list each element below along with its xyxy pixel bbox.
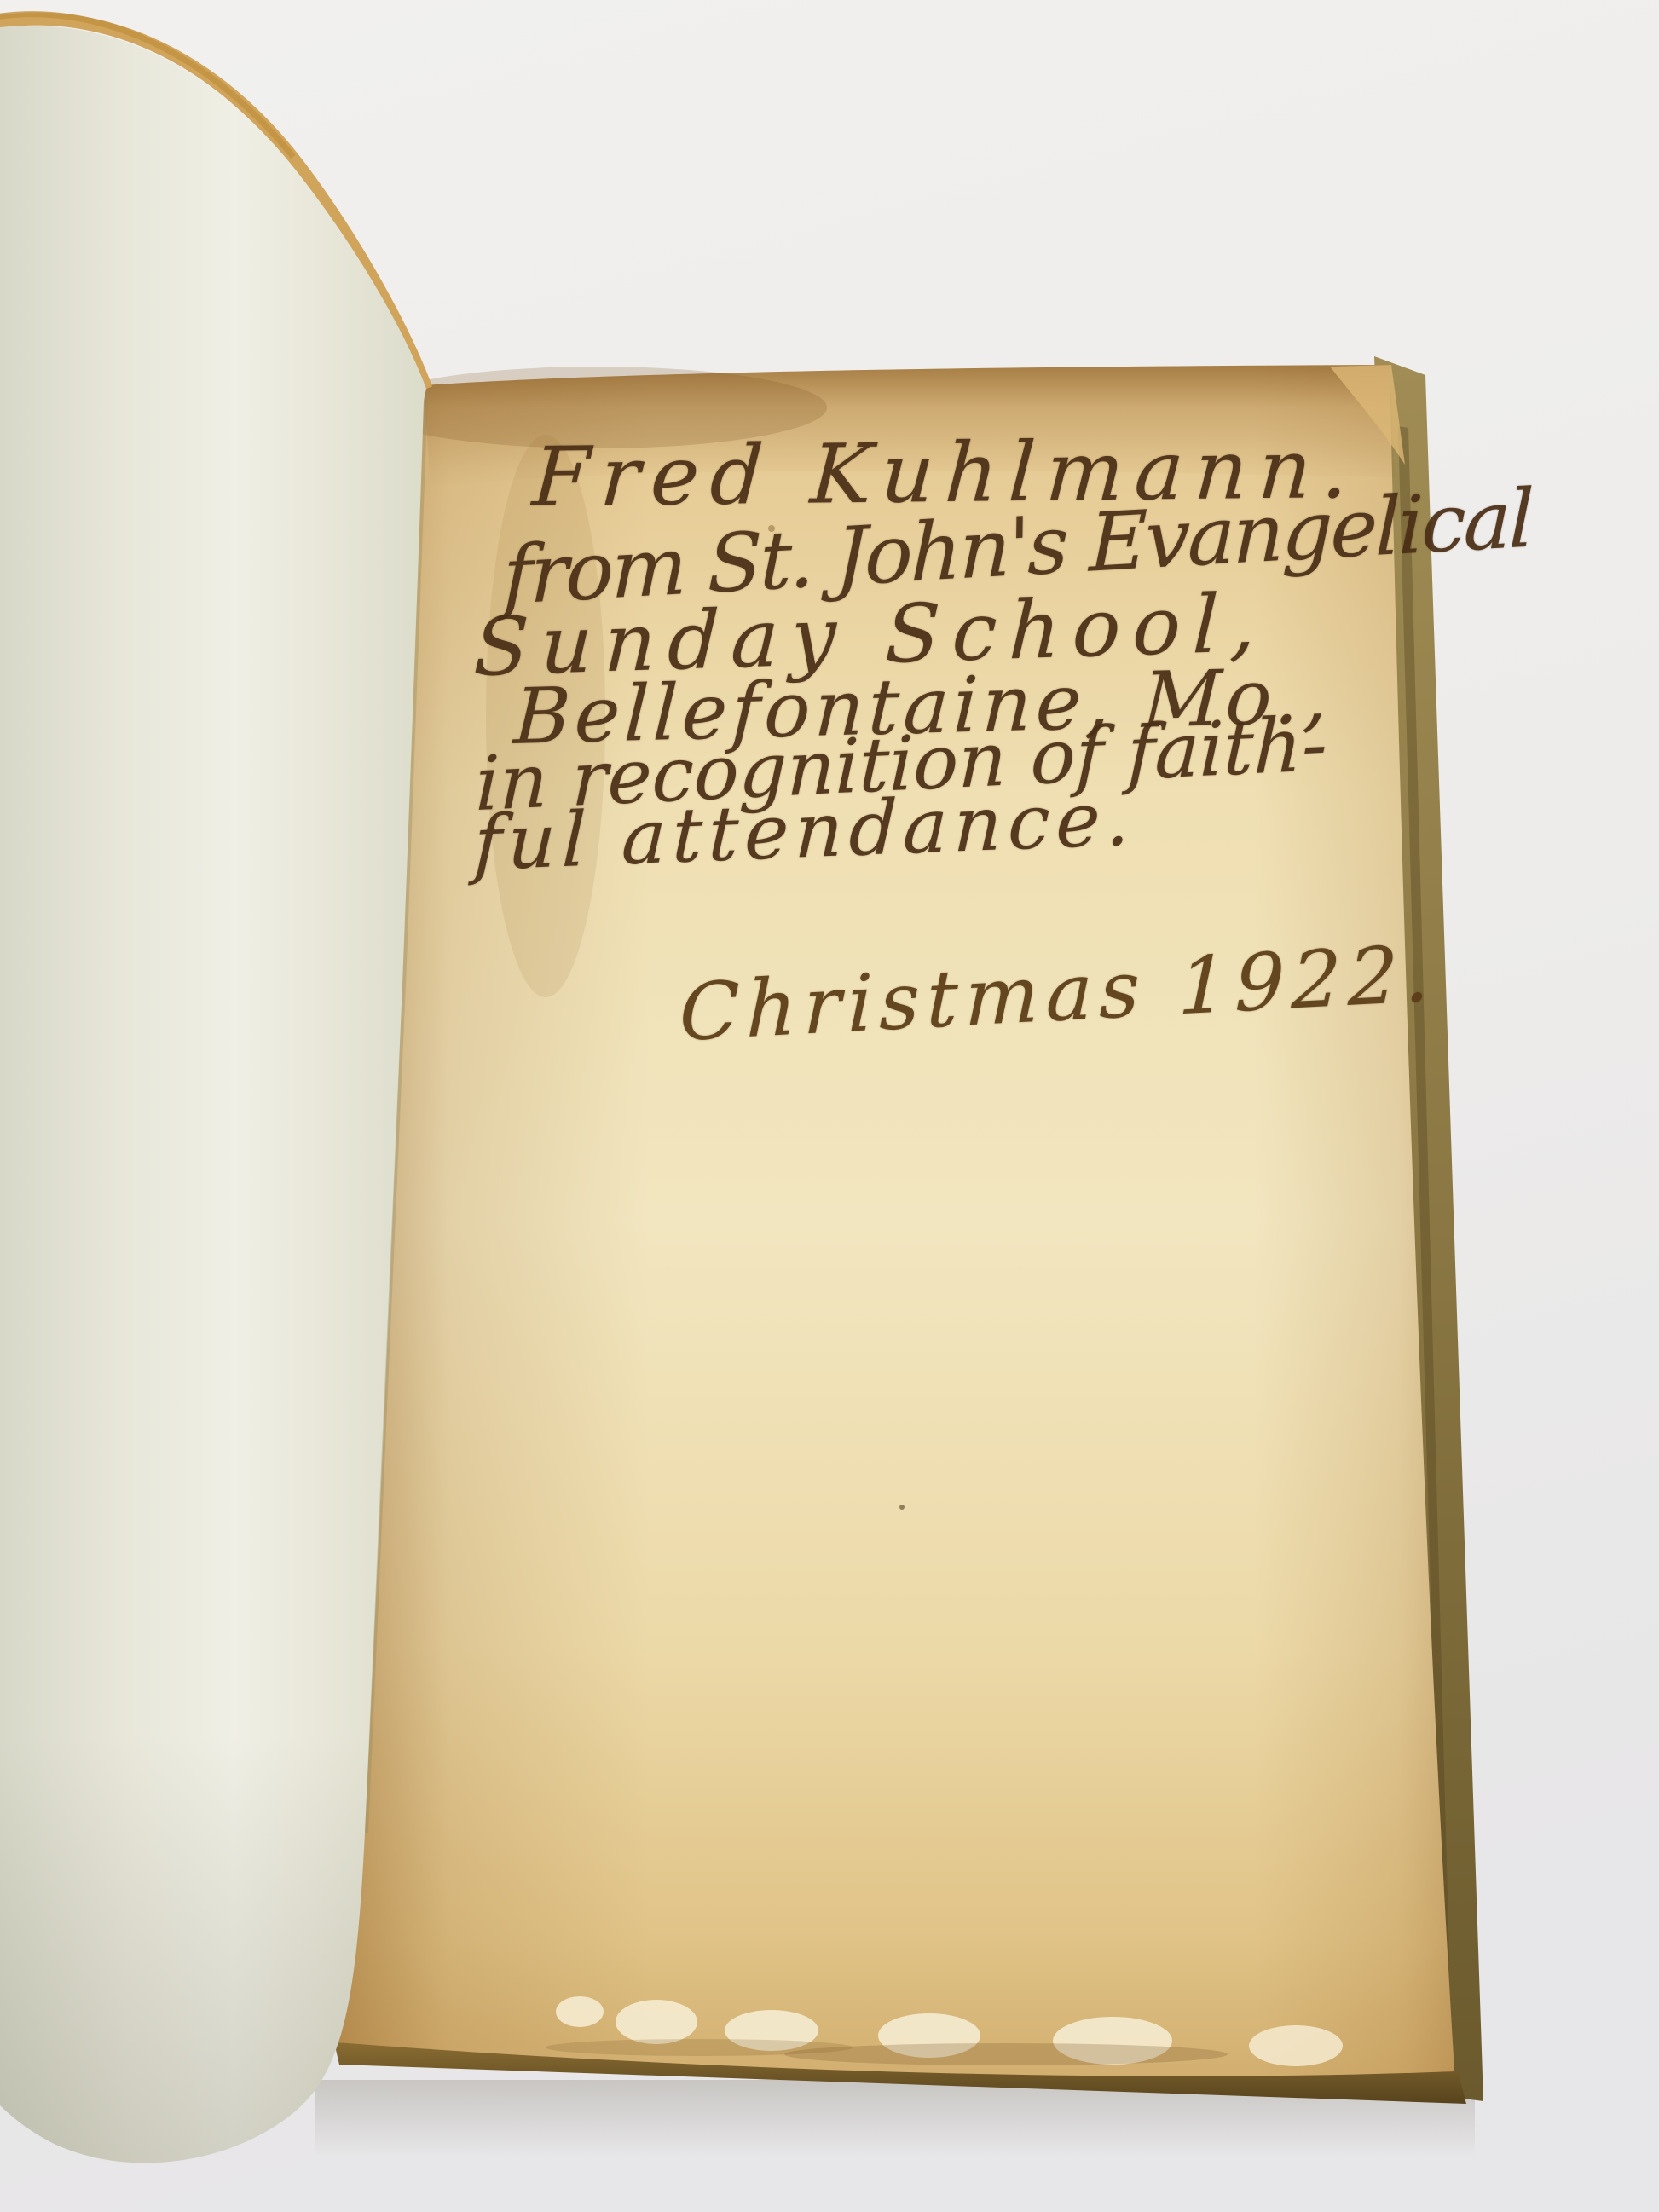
inscription: Fred Kuhlmann. from St. John's Evangelic… (0, 0, 1659, 2212)
inscription-line-date: Christmas 1922. (679, 927, 1437, 1059)
book-photograph: Fred Kuhlmann. from St. John's Evangelic… (0, 0, 1659, 2212)
